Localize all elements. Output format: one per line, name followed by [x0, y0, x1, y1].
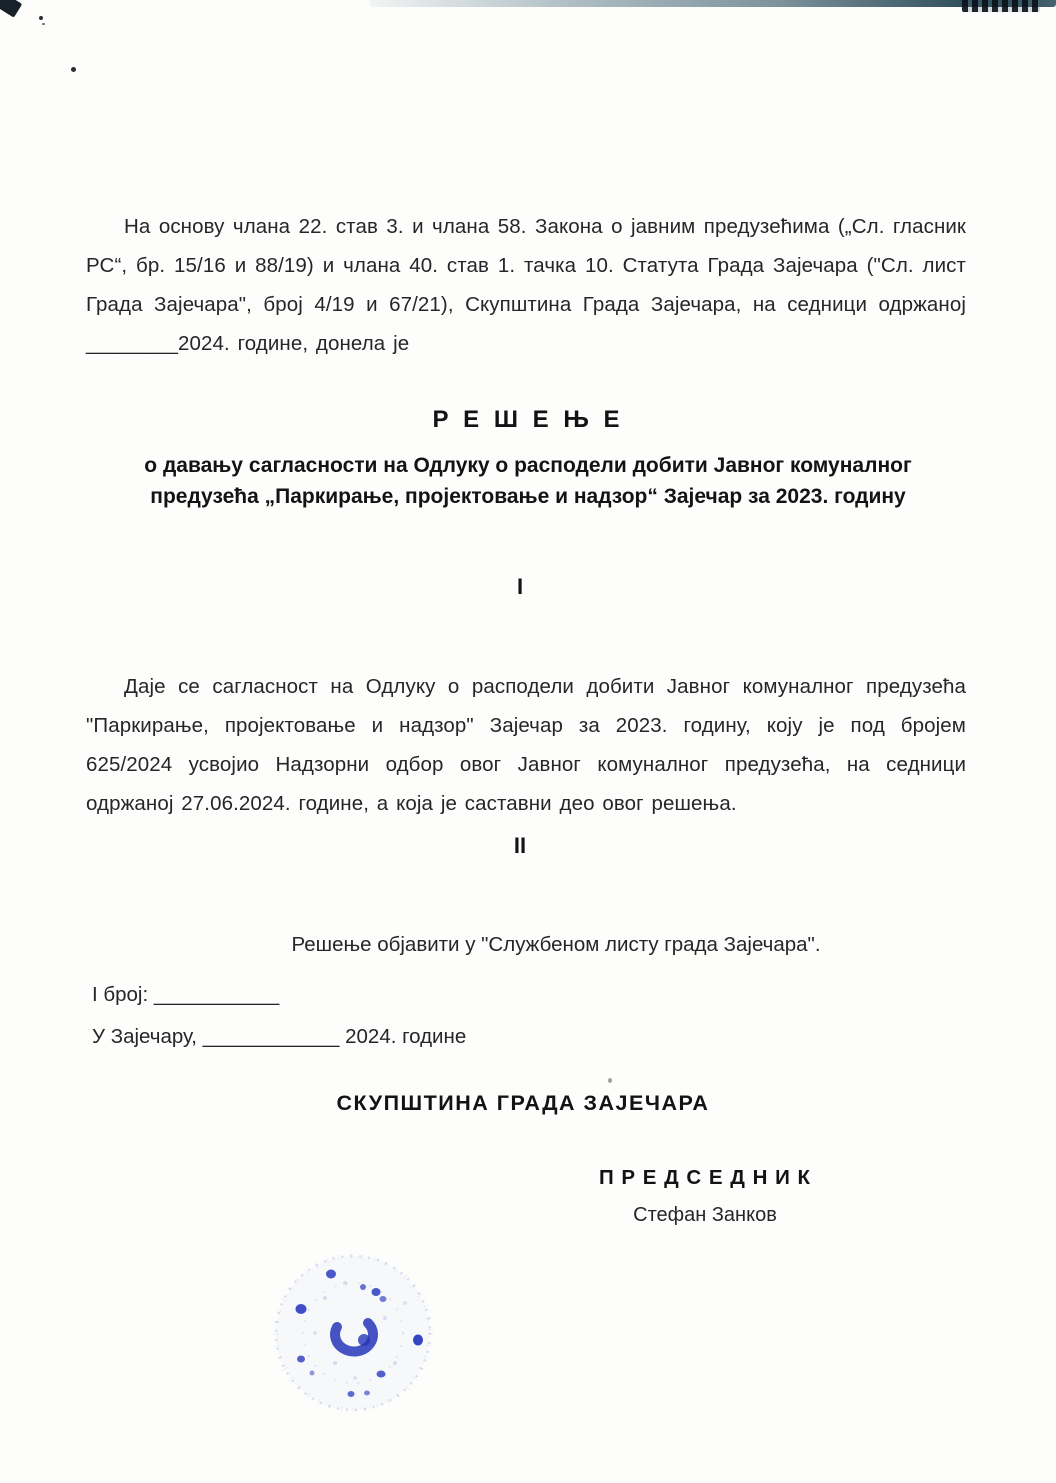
scan-artifact-corner-mark	[0, 0, 22, 18]
scan-speck	[39, 16, 43, 20]
section-2-marker: II	[0, 833, 1040, 859]
place-date-line: У Зајечару, ____________ 2024. године	[92, 1025, 466, 1049]
scan-speck	[42, 23, 45, 25]
scanned-document-page: На основу члана 22. став 3. и члана 58. …	[0, 0, 1056, 1483]
president-title: П Р Е Д С Е Д Н И К	[545, 1166, 865, 1190]
assembly-name: СКУПШТИНА ГРАДА ЗАЈЕЧАРА	[0, 1091, 1046, 1116]
section-1-marker: I	[0, 574, 1040, 600]
scan-artifact-top-right-teeth	[962, 0, 1040, 12]
scan-speck	[71, 67, 76, 72]
intro-paragraph: На основу члана 22. став 3. и члана 58. …	[86, 207, 966, 363]
section-1-paragraph: Даје се сагласност на Одлуку о расподели…	[86, 667, 966, 823]
case-number-line: I број: ___________	[92, 983, 279, 1007]
decision-subtitle: о давању сагласности на Одлуку о расподе…	[96, 450, 960, 512]
decision-title: Р Е Ш Е Њ Е	[0, 406, 1056, 434]
round-ink-stamp-icon	[235, 1243, 475, 1478]
publication-paragraph: Решење објавити у "Службеном листу града…	[136, 925, 976, 964]
president-name: Стефан Занков	[545, 1204, 865, 1227]
scan-speck	[608, 1078, 612, 1083]
scan-artifact-top-edge	[370, 0, 1056, 7]
